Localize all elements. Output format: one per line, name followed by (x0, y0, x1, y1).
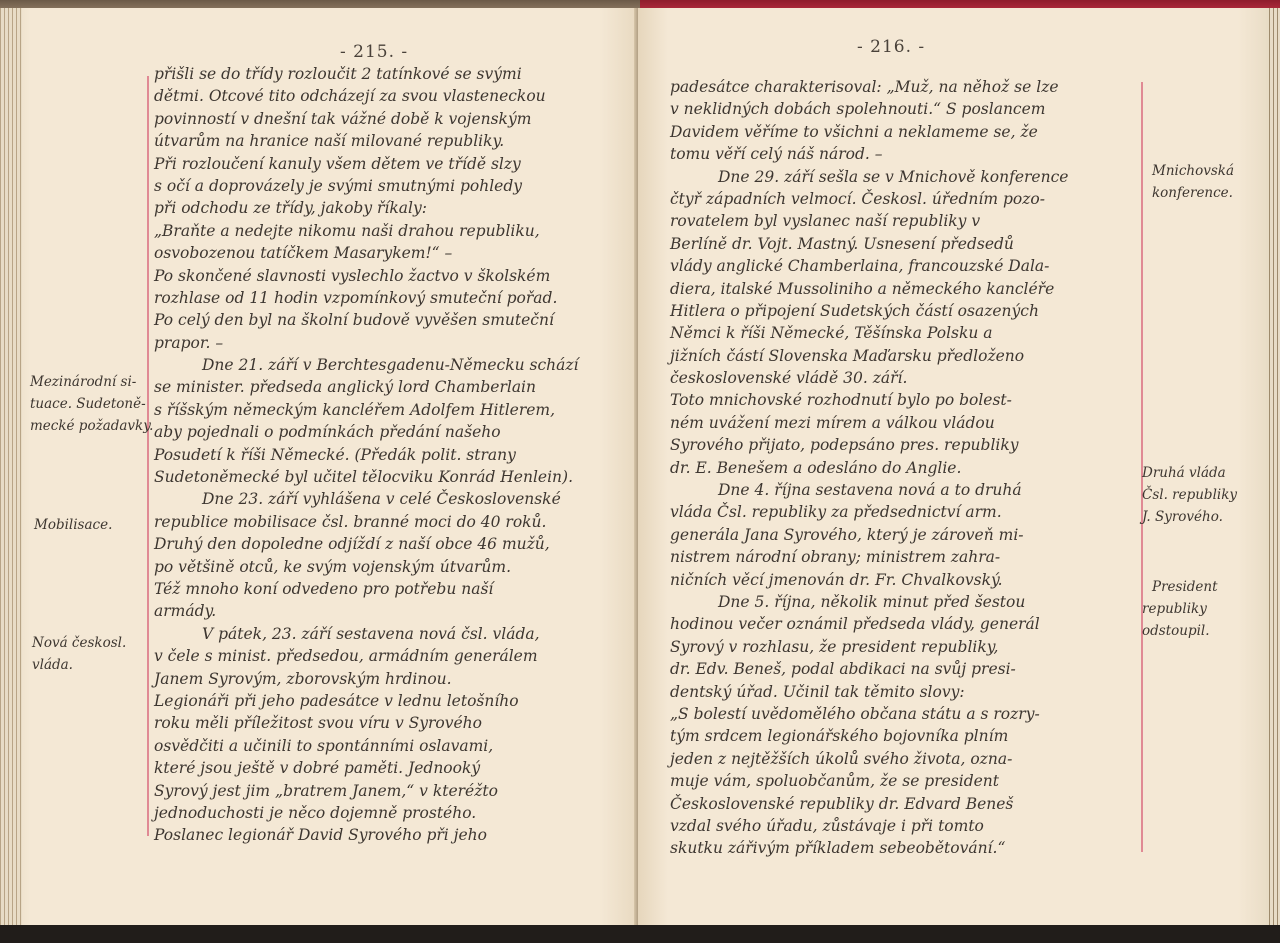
handwritten-line: generála Jana Syrového, který je zároveň… (670, 524, 1138, 546)
handwritten-line: Toto mnichovské rozhodnutí bylo po boles… (670, 389, 1138, 411)
margin-note-line: President (1142, 576, 1218, 598)
handwritten-line: aby pojednali o podmínkách předání našeh… (154, 421, 634, 443)
handwritten-line: nistrem národní obrany; ministrem zahra- (670, 546, 1138, 568)
handwritten-line: osvobozenou tatíčkem Masarykem!“ – (154, 242, 634, 264)
handwritten-line: dentský úřad. Učinil tak těmito slovy: (670, 681, 1138, 703)
handwritten-line: Legionáři při jeho padesátce v lednu let… (154, 690, 634, 712)
handwritten-line: padesátce charakterisoval: „Muž, na něho… (670, 76, 1138, 98)
handwritten-line: Berlíně dr. Vojt. Mastný. Usnesení předs… (670, 233, 1138, 255)
handwritten-line: Československé republiky dr. Edvard Bene… (670, 793, 1138, 815)
handwritten-line: hodinou večer oznámil předseda vlády, ge… (670, 613, 1138, 635)
handwritten-line: rovatelem byl vyslanec naší republiky v (670, 210, 1138, 232)
margin-note-line: Čsl. republiky (1142, 484, 1237, 506)
handwritten-line: Při rozloučení kanuly všem dětem ve tříd… (154, 153, 634, 175)
handwritten-line: Syrový jest jim „bratrem Janem,“ v které… (154, 780, 634, 802)
margin-note-president-resigned: President republiky odstoupil. (1142, 576, 1218, 642)
desk-background (0, 925, 1280, 943)
handwritten-line: Němci k říši Německé, Těšínska Polsku a (670, 322, 1138, 344)
margin-note-sudeten-situation: Mezinárodní si- tuace. Sudetoně- mecké p… (30, 371, 153, 437)
right-page-body: padesátce charakterisoval: „Muž, na něho… (670, 76, 1138, 860)
margin-note-line: odstoupil. (1142, 620, 1218, 642)
margin-note-mobilisation: Mobilisace. (34, 514, 112, 536)
handwritten-line: Dne 29. září sešla se v Mnichově konfere… (670, 166, 1138, 188)
handwritten-line: ném uvážení mezi mírem a válkou vládou (670, 412, 1138, 434)
handwritten-line: tým srdcem legionářského bojovníka plním (670, 725, 1138, 747)
margin-note-line: konference. (1152, 182, 1234, 204)
handwritten-line: v čele s minist. předsedou, armádním gen… (154, 645, 634, 667)
handwritten-line: útvarům na hranice naší milované republi… (154, 130, 634, 152)
handwritten-line: Hitlera o připojení Sudetských částí osa… (670, 300, 1138, 322)
margin-note-new-government: Nová českosl. vláda. (32, 632, 126, 676)
handwritten-line: po většině otců, ke svým vojenským útvar… (154, 556, 634, 578)
handwritten-line: Druhý den dopoledne odjíždí z naší obce … (154, 533, 634, 555)
left-margin-rule (147, 76, 149, 836)
handwritten-line: vzdal svého úřadu, zůstávaje i při tomto (670, 815, 1138, 837)
handwritten-line: tomu věří celý náš národ. – (670, 143, 1138, 165)
handwritten-line: Dne 4. října sestavena nová a to druhá (670, 479, 1138, 501)
handwritten-line: Syrového přijato, podepsáno pres. republ… (670, 434, 1138, 456)
handwritten-line: Janem Syrovým, zborovským hrdinou. (154, 668, 634, 690)
margin-note-munich-conference: Mnichovská konference. (1152, 160, 1234, 204)
left-page-number: - 215. - (340, 42, 408, 62)
left-page-stack-edges (0, 8, 22, 925)
handwritten-line: Syrový v rozhlasu, že president republik… (670, 636, 1138, 658)
margin-note-line: republiky (1142, 598, 1218, 620)
handwritten-line: V pátek, 23. září sestavena nová čsl. vl… (154, 623, 634, 645)
handwritten-line: dr. E. Benešem a odesláno do Anglie. (670, 457, 1138, 479)
handwritten-line: čtyř západních velmocí. Českosl. úředním… (670, 188, 1138, 210)
handwritten-line: povinností v dnešní tak vážné době k voj… (154, 108, 634, 130)
handwritten-line: rozhlase od 11 hodin vzpomínkový smutečn… (154, 287, 634, 309)
handwritten-line: přišli se do třídy rozloučit 2 tatínkové… (154, 63, 634, 85)
margin-note-line: Druhá vláda (1142, 462, 1237, 484)
handwritten-line: Též mnoho koní odvedeno pro potřebu naší (154, 578, 634, 600)
handwritten-line: diera, italské Mussoliniho a německého k… (670, 278, 1138, 300)
handwritten-line: „Braňte a nedejte nikomu naši drahou rep… (154, 220, 634, 242)
handwritten-line: dětmi. Otcové tito odcházejí za svou vla… (154, 85, 634, 107)
handwritten-line: jeden z nejtěžších úkolů svého života, o… (670, 748, 1138, 770)
handwritten-line: Dne 23. září vyhlášena v celé Českoslove… (154, 488, 634, 510)
handwritten-line: vláda Čsl. republiky za předsednictví ar… (670, 501, 1138, 523)
margin-note-line: mecké požadavky. (30, 415, 153, 437)
margin-note-line: J. Syrového. (1142, 506, 1237, 528)
handwritten-line: Davidem věříme to všichni a neklameme se… (670, 121, 1138, 143)
handwritten-line: roku měli příležitost svou víru v Syrové… (154, 712, 634, 734)
handwritten-line: československé vládě 30. září. (670, 367, 1138, 389)
handwritten-line: muje vám, spoluobčanům, že se president (670, 770, 1138, 792)
right-page-number: - 216. - (857, 37, 925, 57)
margin-note-line: vláda. (32, 654, 126, 676)
handwritten-line: jednoduchosti je něco dojemně prostého. (154, 802, 634, 824)
margin-note-line: Mnichovská (1152, 160, 1234, 182)
handwritten-line: s říšským německým kancléřem Adolfem Hit… (154, 399, 634, 421)
margin-note-second-government: Druhá vláda Čsl. republiky J. Syrového. (1142, 462, 1237, 528)
margin-note-line: Mobilisace. (34, 514, 112, 536)
handwritten-line: ničních věcí jmenován dr. Fr. Chvalkovsk… (670, 569, 1138, 591)
handwritten-line: Po celý den byl na školní budově vyvěšen… (154, 309, 634, 331)
handwritten-line: s očí a doprovázely je svými smutnými po… (154, 175, 634, 197)
handwritten-line: Po skončené slavnosti vyslechlo žactvo v… (154, 265, 634, 287)
margin-note-line: Nová českosl. (32, 632, 126, 654)
handwritten-line: Dne 5. října, několik minut před šestou (670, 591, 1138, 613)
handwritten-line: osvědčiti a učinili to spontánními oslav… (154, 735, 634, 757)
handwritten-line: které jsou ještě v dobré paměti. Jednook… (154, 757, 634, 779)
handwritten-line: v neklidných dobách spolehnouti.“ S posl… (670, 98, 1138, 120)
handwritten-line: Posudetí k říši Německé. (Předák polit. … (154, 444, 634, 466)
handwritten-line: prapor. – (154, 332, 634, 354)
handwritten-line: Dne 21. září v Berchtesgadenu-Německu sc… (154, 354, 634, 376)
open-ledger-book: - 215. - přišli se do třídy rozloučit 2 … (0, 0, 1280, 943)
handwritten-line: republice mobilisace čsl. branné moci do… (154, 511, 634, 533)
handwritten-line: jižních částí Slovenska Maďarsku předlož… (670, 345, 1138, 367)
margin-note-line: Mezinárodní si- (30, 371, 153, 393)
handwritten-line: se minister. předseda anglický lord Cham… (154, 376, 634, 398)
right-page-stack-edges (1266, 8, 1280, 925)
handwritten-line: Sudetoněmecké byl učitel tělocviku Konrá… (154, 466, 634, 488)
left-page-body: přišli se do třídy rozloučit 2 tatínkové… (154, 63, 634, 847)
handwritten-line: armády. (154, 600, 634, 622)
handwritten-line: Poslanec legionář David Syrového při jeh… (154, 824, 634, 846)
handwritten-line: skutku zářivým příkladem sebeobětování.“ (670, 837, 1138, 859)
handwritten-line: vlády anglické Chamberlaina, francouzské… (670, 255, 1138, 277)
margin-note-line: tuace. Sudetoně- (30, 393, 153, 415)
handwritten-line: při odchodu ze třídy, jakoby říkaly: (154, 197, 634, 219)
handwritten-line: dr. Edv. Beneš, podal abdikaci na svůj p… (670, 658, 1138, 680)
handwritten-line: „S bolestí uvědomělého občana státu a s … (670, 703, 1138, 725)
